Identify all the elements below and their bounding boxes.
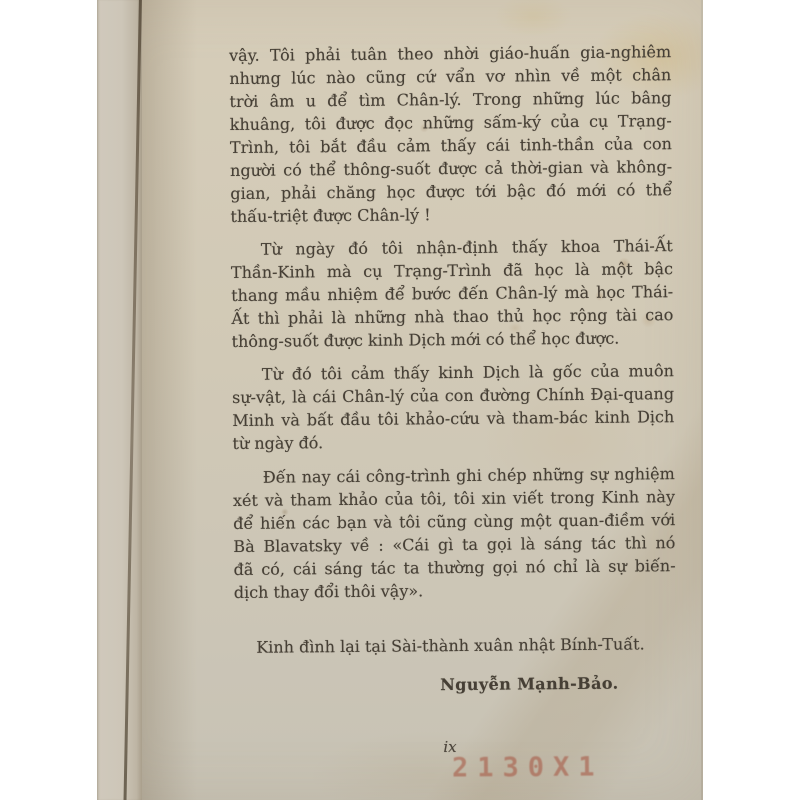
text-line: thấu-triệt được Chân-lý ! xyxy=(230,201,672,228)
body-paragraph: Đến nay cái công-trình ghi chép những sự… xyxy=(233,462,676,604)
text-line: gian, phải chăng học được tới bậc đó mới… xyxy=(230,178,672,205)
text-line: từ ngày đó. xyxy=(232,428,674,455)
text-line: dịch thay đổi thôi vậy». xyxy=(234,577,676,604)
body-paragraph: Từ đó tôi cảm thấy kinh Dịch là gốc của … xyxy=(232,359,675,455)
text-line: thông-suốt được kinh Dịch mới có thể học… xyxy=(231,326,673,353)
author-signature: Nguyễn Mạnh-Bảo. xyxy=(235,671,677,698)
library-stamp: 2130X1 xyxy=(452,751,604,783)
closing-line: Kinh đình lại tại Sài-thành xuân nhật Bí… xyxy=(234,632,676,659)
text-line: Minh và bất đầu tôi khảo-cứu và tham-bác… xyxy=(232,405,674,432)
page-right-edge xyxy=(701,0,703,800)
body-paragraph: Từ ngày đó tôi nhận-định thấy khoa Thái-… xyxy=(231,234,674,353)
body-paragraph: vậy. Tôi phải tuân theo nhời giáo-huấn g… xyxy=(229,40,673,228)
text-line: đã có, cái sáng tác ta thường gọi nó chỉ… xyxy=(233,554,675,581)
text-block: vậy. Tôi phải tuân theo nhời giáo-huấn g… xyxy=(229,40,677,698)
page-number: ix xyxy=(229,738,671,756)
gutter-shadow xyxy=(142,0,197,800)
page-left-edge xyxy=(97,0,142,800)
book-photo: vậy. Tôi phải tuân theo nhời giáo-huấn g… xyxy=(0,0,800,800)
